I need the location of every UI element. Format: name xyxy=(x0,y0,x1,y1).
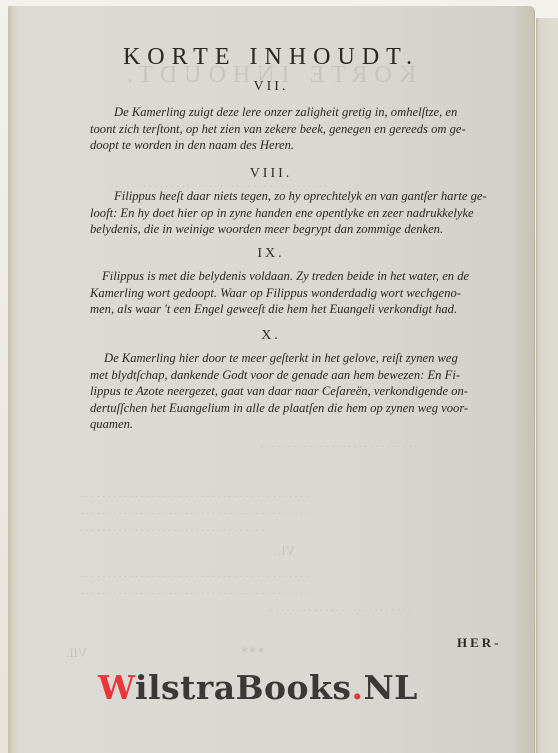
text-line: Kamerling wort gedoopt. Waar op Filippus… xyxy=(90,285,530,302)
section-text-x: De Kamerling hier door te meer geſterkt … xyxy=(90,350,530,433)
text-line: Filippus heeſt daar niets tegen, zo hy o… xyxy=(90,188,530,205)
text-line: Filippus is met die belydenis voldaan. Z… xyxy=(90,268,530,285)
bleed-page-marker: VII. xyxy=(66,645,87,661)
section-heading-vii: VII. xyxy=(8,79,534,95)
section-heading-viii: VIII. xyxy=(8,166,534,182)
section-text-viii: Filippus heeſt daar niets tegen, zo hy o… xyxy=(90,188,530,238)
text-line: doopt te worden in den naam des Heren. xyxy=(90,137,530,154)
text-line: men, als waar 't een Engel geweeſt die h… xyxy=(90,301,530,318)
text-line: dertuſſchen het Euangelium in alle de pl… xyxy=(90,400,530,417)
watermark-suffix: NL xyxy=(364,668,418,707)
section-heading-x: X. xyxy=(8,328,534,344)
watermark-logo: WilstraBooks.NL xyxy=(98,668,418,707)
bleed-line: . . . . . . . . . . . . . . . . . . . . … xyxy=(80,488,308,500)
watermark-dot: . xyxy=(352,668,364,707)
bleed-line: . . . . . . . . . . . . . . . . . . . . … xyxy=(80,585,308,597)
text-line: looft: En hy doet hier op in zyne handen… xyxy=(90,205,530,222)
watermark-first-letter: W xyxy=(98,668,135,707)
next-page-edge xyxy=(536,18,558,753)
bleed-line: . . . . . . . . . . . . . . . . . . . . … xyxy=(80,568,308,580)
catchword: HER- xyxy=(457,635,502,651)
text-line: lippus te Azote neergezet, gaat van daar… xyxy=(90,383,530,400)
bleed-line: . . . . . . . . . . . . . . . . . . . . … xyxy=(270,602,410,614)
text-line: belydenis, die in weinige woorden meer b… xyxy=(90,221,530,238)
section-text-ix: Filippus is met die belydenis voldaan. Z… xyxy=(90,268,530,318)
text-line: met blydtſchap, dankende Godt voor de ge… xyxy=(90,367,530,384)
section-heading-ix: IX. xyxy=(8,246,534,262)
watermark-name: ilstraBooks xyxy=(135,668,352,707)
section-text-vii: De Kamerling zuigt deze lere onzer zalig… xyxy=(90,104,530,154)
bleed-line: . . . . . . . . . . . . . . . . . . . . … xyxy=(260,438,417,450)
bleed-line: . . . . . . . . . . . . . . . . . . . . … xyxy=(80,505,308,517)
page-title: KORTE INHOUDT. xyxy=(8,44,534,71)
bleed-line: . . . . . . . . . . . . . . . . . . . . … xyxy=(80,522,264,534)
text-line: De Kamerling hier door te meer geſterkt … xyxy=(90,350,530,367)
bleed-signature-mark: ∗∗∗ xyxy=(240,645,265,656)
bleed-heading: VI. xyxy=(278,543,295,559)
text-line: quamen. xyxy=(90,416,530,433)
text-line: De Kamerling zuigt deze lere onzer zalig… xyxy=(90,104,530,121)
text-line: toont zich terſtont, op het zien van zek… xyxy=(90,121,530,138)
